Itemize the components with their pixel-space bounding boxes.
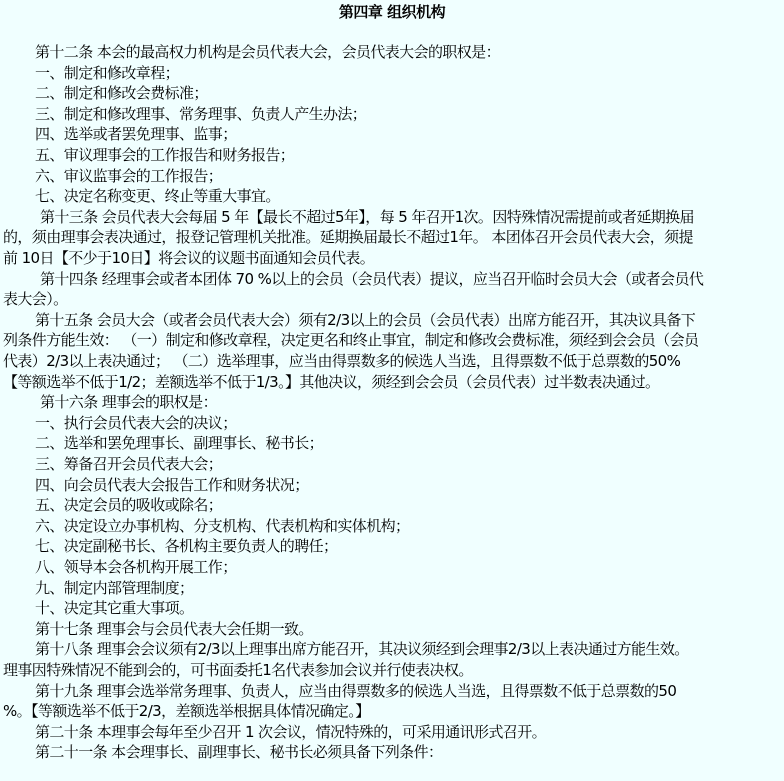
article-15-line-3: 代表）2/3以上表决通过； （二）选举理事，应当由得票数多的候选人当选，且得票数… <box>3 351 680 372</box>
article-14-line-2: 表大会）。 <box>3 289 68 310</box>
article-19-line-1: 第十九条 理事会选举常务理事、负责人，应当由得票数多的候选人当选，且得票数不低于… <box>35 681 676 702</box>
article-15-line-2: 列条件方能生效： （一）制定和修改章程，决定更名和终止事宜，制定和修改会费标准，… <box>3 330 698 351</box>
article-12-item-7: 七、决定名称变更、终止等重大事宜。 <box>35 186 280 207</box>
article-12-heading: 第十二条 本会的最高权力机构是会员代表大会，会员代表大会的职权是： <box>35 42 500 63</box>
article-12-item-2: 二、制定和修改会费标准； <box>35 83 208 104</box>
article-13-line-2: 的，须由理事会表决通过，报登记管理机关批准。延期换届最长不超过1年。 本团体召开… <box>3 227 693 248</box>
article-12-item-1: 一、制定和修改章程； <box>35 63 179 84</box>
article-16-item-8: 八、领导本会各机构开展工作； <box>35 557 237 578</box>
article-18-line-2: 理事因特殊情况不能到会的，可书面委托1名代表参加会议并行使表决权。 <box>3 660 473 681</box>
article-16-item-2: 二、选举和罢免理事长、副理事长、秘书长； <box>35 433 323 454</box>
article-16-item-4: 四、向会员代表大会报告工作和财务状况； <box>35 475 309 496</box>
article-16-item-1: 一、执行会员代表大会的决议； <box>35 413 237 434</box>
article-15-line-4: 【等额选举不低于1/2；差额选举不低于1/3。】其他决议，须经到会会员（会员代表… <box>3 372 659 393</box>
article-17: 第十七条 理事会与会员代表大会任期一致。 <box>35 619 313 640</box>
article-18-line-1: 第十八条 理事会会议须有2/3以上理事出席方能召开，其决议须经到会理事2/3以上… <box>35 639 689 660</box>
article-13-line-3: 前 10日【不少于10日】将会议的议题书面通知会员代表。 <box>3 248 374 269</box>
article-12-item-6: 六、审议监事会的工作报告； <box>35 166 222 187</box>
article-13-line-1: 第十三条 会员代表大会每届 5 年【最长不超过5年】，每 5 年召开1次。因特殊… <box>40 207 694 228</box>
article-16-heading: 第十六条 理事会的职权是： <box>40 392 217 413</box>
article-16-item-7: 七、决定副秘书长、各机构主要负责人的聘任； <box>35 536 337 557</box>
article-16-item-5: 五、决定会员的吸收或除名； <box>35 495 222 516</box>
article-20: 第二十条 本理事会每年至少召开 1 次会议，情况特殊的，可采用通讯形式召开。 <box>35 722 546 743</box>
article-16-item-3: 三、筹备召开会员代表大会； <box>35 454 222 475</box>
article-19-line-2: %。【等额选举不低于2/3，差额选举根据具体情况确定。】 <box>3 701 370 722</box>
article-15-line-1: 第十五条 会员大会（或者会员代表大会）须有2/3以上的会员（会员代表）出席方能召… <box>35 310 695 331</box>
chapter-title: 第四章 组织机构 <box>0 2 784 22</box>
article-14-line-1: 第十四条 经理事会或者本团体 70 %以上的会员（会员代表）提议，应当召开临时会… <box>40 269 703 290</box>
article-16-item-9: 九、制定内部管理制度； <box>35 578 193 599</box>
article-16-item-6: 六、决定设立办事机构、分支机构、代表机构和实体机构； <box>35 516 409 537</box>
article-21-heading: 第二十一条 本会理事长、副理事长、秘书长必须具备下列条件： <box>35 742 442 763</box>
article-12-item-3: 三、制定和修改理事、常务理事、负责人产生办法； <box>35 104 366 125</box>
article-16-item-10: 十、决定其它重大事项。 <box>35 598 193 619</box>
article-12-item-5: 五、审议理事会的工作报告和财务报告； <box>35 145 294 166</box>
article-12-item-4: 四、选举或者罢免理事、监事； <box>35 124 237 145</box>
